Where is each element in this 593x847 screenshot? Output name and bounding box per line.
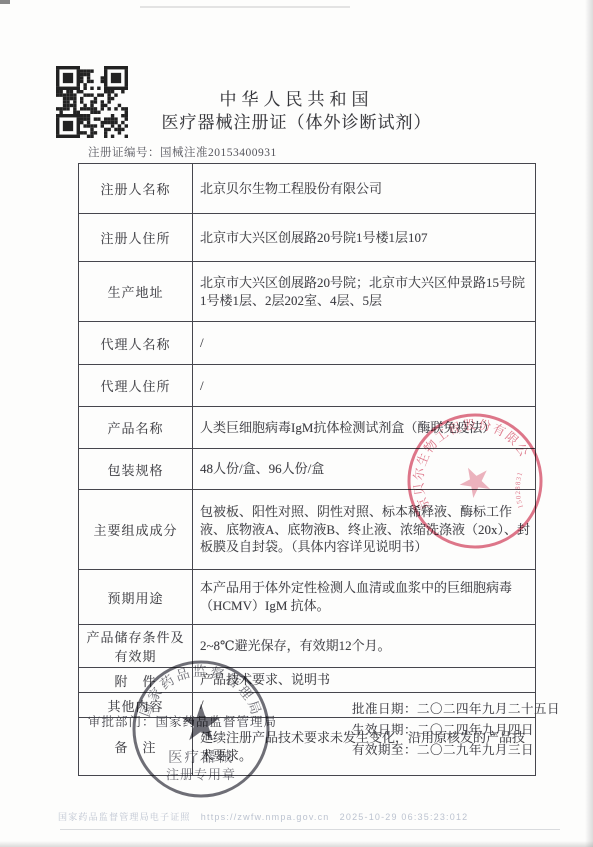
certificate-number-label: 注册证编号：: [88, 147, 160, 159]
date-block: 批准日期：二〇二四年九月二十五日 生效日期：二〇二四年九月四日 有效期至：二〇二…: [352, 699, 560, 761]
scan-artifact: [0, 0, 10, 4]
table-row: 产品储存条件及有效期 2~8℃避光保存，有效期12个月。: [79, 625, 536, 668]
expiry-date-value: 二〇二九年九月三日: [417, 743, 534, 757]
field-value: 北京市大兴区创展路20号院1号楼1层107: [200, 230, 428, 245]
field-label: 代理人住所: [100, 379, 170, 394]
scan-artifact: [60, 829, 560, 830]
table-row: 产品名称 人类巨细胞病毒IgM抗体检测试剂盒（酶联免疫法）: [79, 407, 536, 449]
approval-department-label: 审批部门：: [88, 715, 156, 729]
field-label: 代理人名称: [100, 337, 170, 352]
table-row: 主要组成成分 包被板、阳性对照、阴性对照、标本稀释液、酶标工作液、底物液A、底物…: [79, 490, 536, 570]
certificate-table: 注册人名称 北京贝尔生物工程股份有限公司 注册人住所 北京市大兴区创展路20号院…: [78, 163, 536, 776]
field-value: 北京市大兴区创展路20号院；北京市大兴区仲景路15号院1号楼1层、2层202室、…: [200, 275, 525, 308]
field-label: 注册人住所: [100, 231, 170, 246]
field-label: 预期用途: [107, 591, 163, 606]
electronic-license-footer: 国家药品监督管理局电子证照 https://zwfw.nmpa.gov.cn 2…: [58, 810, 468, 823]
table-row: 生产地址 北京市大兴区创展路20号院；北京市大兴区仲景路15号院1号楼1层、2层…: [79, 262, 536, 322]
certificate-number: 注册证编号：国械注准20153400931: [88, 144, 277, 160]
table-row: 包装规格 48人份/盒、96人份/盒: [79, 449, 536, 490]
field-label: 主要组成成分: [93, 523, 177, 538]
table-row: 代理人名称 /: [79, 322, 536, 365]
title-country: 中华人民共和国: [0, 88, 593, 111]
field-value: 北京贝尔生物工程股份有限公司: [200, 181, 382, 196]
page-title: 中华人民共和国 医疗器械注册证（体外诊断试剂）: [0, 88, 593, 134]
effective-date-line: 生效日期：二〇二四年九月四日: [352, 720, 560, 741]
field-label: 注册人名称: [100, 182, 170, 197]
title-cert-type: 医疗器械注册证（体外诊断试剂）: [0, 111, 593, 134]
scan-edge-shadow: [0, 841, 593, 847]
cert-table-body: 注册人名称 北京贝尔生物工程股份有限公司 注册人住所 北京市大兴区创展路20号院…: [79, 164, 536, 776]
table-row: 注册人住所 北京市大兴区创展路20号院1号楼1层107: [79, 214, 536, 262]
table-row: 附 件 产品技术要求、说明书: [79, 668, 536, 693]
field-label: 生产地址: [107, 285, 163, 300]
approval-department: 审批部门：国家药品监督管理局: [88, 712, 277, 730]
expiry-date-line: 有效期至：二〇二九年九月三日: [352, 740, 560, 761]
approval-date-value: 二〇二四年九月二十五日: [417, 702, 560, 716]
table-row: 代理人住所 /: [79, 365, 536, 407]
field-value: /: [200, 335, 204, 350]
field-value: 48人份/盒、96人份/盒: [200, 461, 324, 476]
field-value: 包被板、阳性对照、阴性对照、标本稀释液、酶标工作液、底物液A、底物液B、终止液、…: [200, 504, 530, 554]
table-row: 注册人名称 北京贝尔生物工程股份有限公司: [79, 164, 536, 214]
certificate-number-value: 国械注准20153400931: [160, 147, 277, 159]
approval-department-value: 国家药品监督管理局: [156, 715, 278, 729]
field-value: 产品技术要求、说明书: [200, 672, 330, 687]
field-value: 2~8℃避光保存，有效期12个月。: [200, 638, 391, 653]
field-label: 备 注: [114, 740, 156, 755]
scan-artifact: [140, 6, 350, 8]
field-label: 包装规格: [107, 463, 163, 478]
field-value: 人类巨细胞病毒IgM抗体检测试剂盒（酶联免疫法）: [200, 420, 495, 435]
approval-date-line: 批准日期：二〇二四年九月二十五日: [352, 699, 560, 720]
effective-date-value: 二〇二四年九月四日: [417, 723, 534, 737]
field-value: /: [200, 697, 204, 712]
field-value: 本产品用于体外定性检测人血清或血浆中的巨细胞病毒（HCMV）IgM 抗体。: [200, 580, 512, 613]
certificate-page: 中华人民共和国 医疗器械注册证（体外诊断试剂） 注册证编号：国械注准201534…: [0, 0, 593, 847]
field-label: 产品名称: [107, 421, 163, 436]
field-label: 附 件: [114, 674, 156, 689]
field-value: /: [200, 378, 204, 393]
table-row: 预期用途 本产品用于体外定性检测人血清或血浆中的巨细胞病毒（HCMV）IgM 抗…: [79, 570, 536, 625]
field-label: 产品储存条件及有效期: [86, 630, 184, 664]
